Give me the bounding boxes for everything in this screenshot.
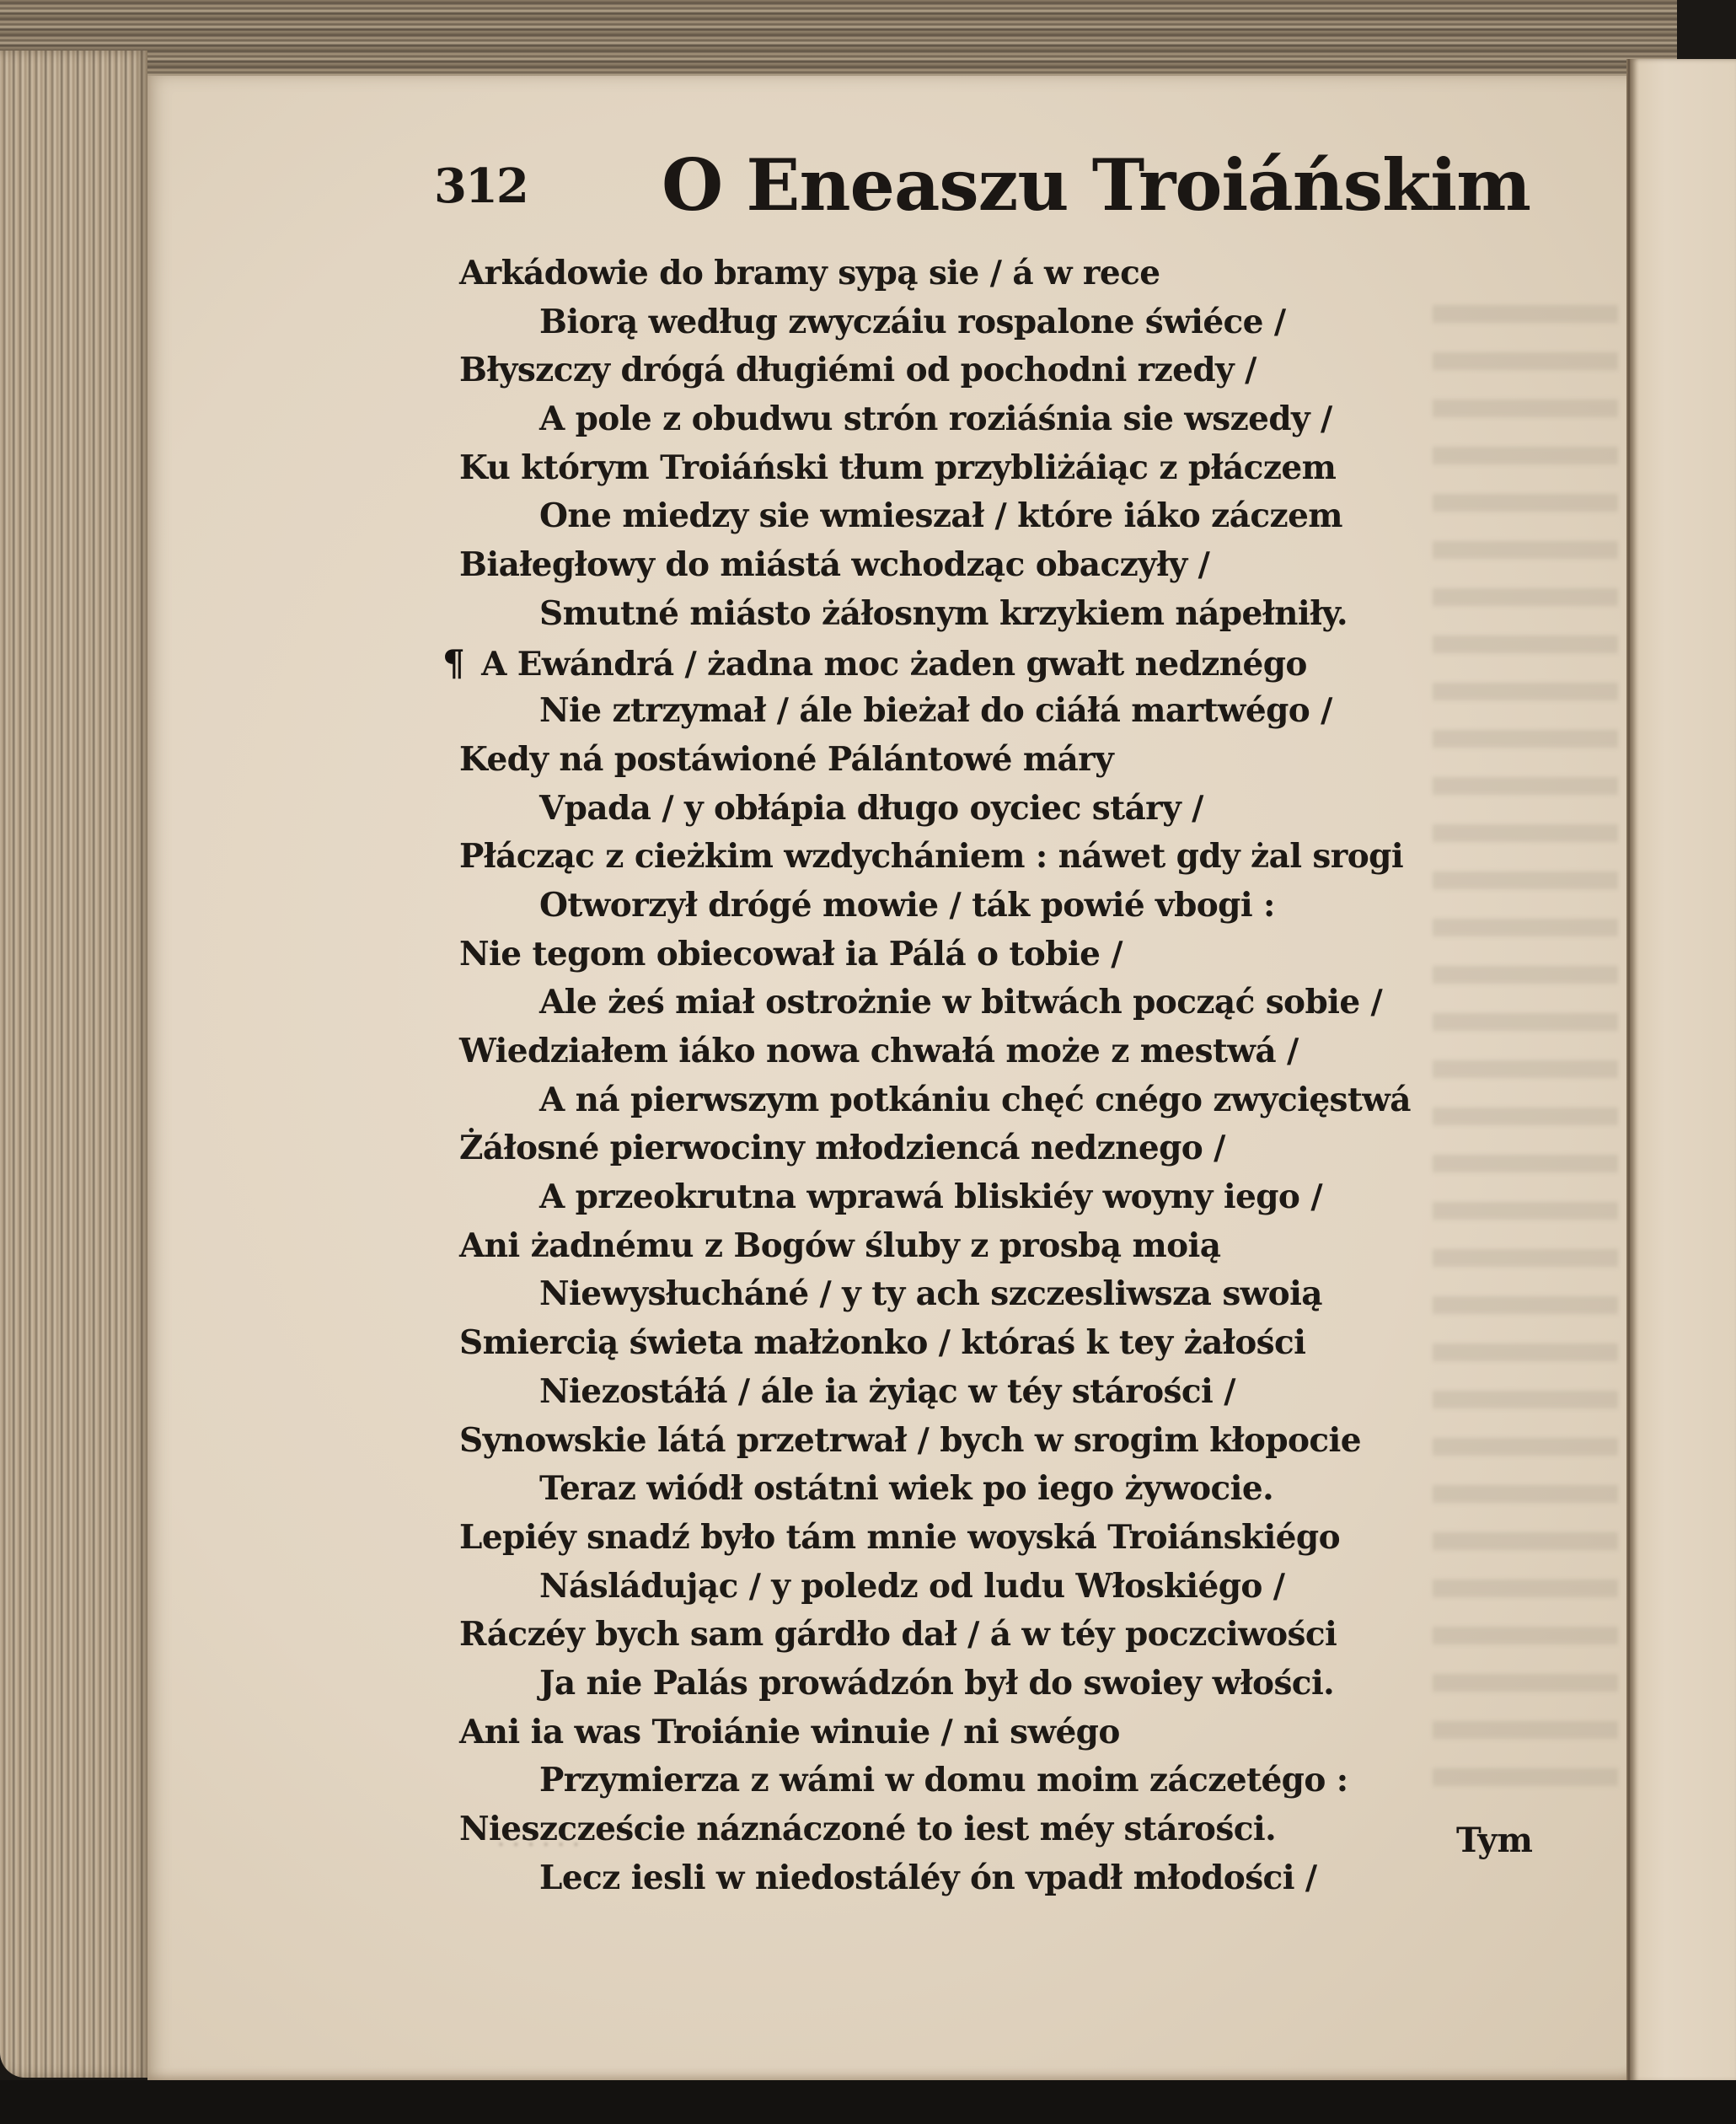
next-leaf-edge	[1631, 59, 1736, 2082]
verse-text: Ráczéy bych sam gárdło dał / á w téy poc…	[459, 1615, 1337, 1654]
verse-line: Płácząc z cieżkim wzdychániem : náwet gd…	[459, 833, 1428, 882]
verse-text: Przymierza z wámi w domu moim záczetégo …	[539, 1761, 1348, 1799]
verse-line: Otworzył drógé mowie / ták powié vbogi :	[459, 882, 1428, 931]
verse-line: Lecz iesli w niedostáléy ón vpadł młodoś…	[459, 1854, 1428, 1903]
verse-text: Vpada / y obłápia długo oyciec stáry /	[539, 789, 1203, 828]
verse-line: Ja nie Palás prowádzón był do swoiey wło…	[459, 1660, 1428, 1708]
book-photo: 312 O Eneaszu Troiáńskim Arkádowie do br…	[0, 0, 1736, 2124]
page-stack-fore-edge	[0, 51, 147, 2078]
verse-line: ¶A Ewándrá / żadna moc żaden gwałt nedzn…	[459, 639, 1428, 688]
page-header: 312 O Eneaszu Troiáńskim	[434, 143, 1403, 236]
page-stack-top-edge	[0, 0, 1677, 80]
faded-signature-mark: · · · · · ·	[497, 1831, 691, 1854]
background-surface	[0, 2080, 1736, 2124]
verse-line: Nie ztrzymał / ále bieżał do ciáłá martw…	[459, 687, 1428, 736]
verse-line: Ale żeś miał ostrożnie w bitwách począć …	[459, 979, 1428, 1027]
verse-text: Ja nie Palás prowádzón był do swoiey wło…	[539, 1664, 1334, 1703]
verse-text: Smiercią świeta małżonko / któraś k tey …	[459, 1323, 1305, 1362]
verse-line: Nie tegom obiecował ia Pálá o tobie /	[459, 931, 1428, 979]
verse-text: Niezostáłá / ále ia żyiąc w téy stárości…	[539, 1372, 1235, 1411]
verse-line: Vpada / y obłápia długo oyciec stáry /	[459, 785, 1428, 834]
verse-text-block: Arkádowie do bramy sypą sie / á w receBi…	[459, 249, 1428, 1902]
verse-text: Płácząc z cieżkim wzdychániem : náwet gd…	[459, 837, 1403, 876]
verse-text: Białegłowy do miástá wchodząc obaczyły /	[459, 545, 1209, 584]
verse-line: Przymierza z wámi w domu moim záczetégo …	[459, 1757, 1428, 1805]
verse-line: Żáłosné pierwociny młodziencá nedznego /	[459, 1124, 1428, 1173]
verse-text: A pole z obudwu strón roziáśnia sie wsze…	[539, 400, 1332, 438]
verse-text: Smutné miásto żáłosnym krzykiem nápełnił…	[539, 594, 1348, 633]
verse-line: Násládując / y poledz od ludu Włoskiégo …	[459, 1563, 1428, 1612]
verse-text: Synowskie látá przetrwał / bych w srogim…	[459, 1421, 1361, 1460]
verse-text: Arkádowie do bramy sypą sie / á w rece	[459, 254, 1160, 292]
verse-text: Ale żeś miał ostrożnie w bitwách począć …	[539, 983, 1382, 1022]
verse-text: Kedy ná postáwioné Pálántowé máry	[459, 740, 1113, 779]
verse-text: Nie ztrzymał / ále bieżał do ciáłá martw…	[539, 691, 1332, 730]
verse-line: A pole z obudwu strón roziáśnia sie wsze…	[459, 395, 1428, 444]
verse-text: Niewysłucháné / y ty ach szczesliwsza sw…	[539, 1274, 1322, 1313]
verse-line: Synowskie látá przetrwał / bych w srogim…	[459, 1417, 1428, 1466]
verse-text: Otworzył drógé mowie / ták powié vbogi :	[539, 886, 1275, 925]
verse-text: Nie tegom obiecował ia Pálá o tobie /	[459, 935, 1123, 973]
verse-text: Teraz wiódł ostátni wiek po iego żywocie…	[539, 1469, 1273, 1508]
verse-line: Biorą według zwyczáiu rospalone świéce /	[459, 298, 1428, 347]
verse-line: A przeokrutna wprawá bliskiéy woyny iego…	[459, 1173, 1428, 1222]
verse-line: Niezostáłá / ále ia żyiąc w téy stárości…	[459, 1368, 1428, 1417]
verse-line: Teraz wiódł ostátni wiek po iego żywocie…	[459, 1465, 1428, 1514]
verse-line: Smutné miásto żáłosnym krzykiem nápełnił…	[459, 590, 1428, 639]
catchword: Tym	[1456, 1821, 1533, 1860]
verse-line: Kedy ná postáwioné Pálántowé máry	[459, 736, 1428, 785]
verse-text: A przeokrutna wprawá bliskiéy woyny iego…	[539, 1177, 1322, 1216]
pilcrow-icon: ¶	[442, 639, 464, 688]
verse-line: A ná pierwszym potkániu chęć cnégo zwyci…	[459, 1076, 1428, 1125]
verse-line: One miedzy sie wmieszał / które iáko zác…	[459, 492, 1428, 541]
verse-line: Ani żadnému z Bogów śluby z prosbą moią	[459, 1222, 1428, 1271]
verse-text: Biorą według zwyczáiu rospalone świéce /	[539, 303, 1286, 341]
verse-line: Ku którym Troiáński tłum przybliżáiąc z …	[459, 444, 1428, 493]
verse-line: Niewysłucháné / y ty ach szczesliwsza sw…	[459, 1270, 1428, 1319]
verse-line: Białegłowy do miástá wchodząc obaczyły /	[459, 541, 1428, 590]
verse-text: A Ewándrá / żadna moc żaden gwałt nedzné…	[481, 645, 1307, 684]
verse-line: Smiercią świeta małżonko / któraś k tey …	[459, 1319, 1428, 1368]
verse-text: Wiedziałem iáko nowa chwałá może z mestw…	[459, 1032, 1299, 1070]
verse-text: Żáłosné pierwociny młodziencá nedznego /	[459, 1129, 1225, 1167]
verse-line: Wiedziałem iáko nowa chwałá może z mestw…	[459, 1027, 1428, 1076]
verse-line: Ani ia was Troiánie winuie / ni swégo	[459, 1708, 1428, 1757]
verse-text: Błyszczy drógá długiémi od pochodni rzed…	[459, 351, 1256, 389]
verse-line: Lepiéy snadź było tám mnie woyská Troián…	[459, 1514, 1428, 1563]
verse-line: Błyszczy drógá długiémi od pochodni rzed…	[459, 346, 1428, 395]
verse-text: One miedzy sie wmieszał / które iáko zác…	[539, 496, 1342, 535]
verse-text: A ná pierwszym potkániu chęć cnégo zwyci…	[539, 1081, 1411, 1119]
running-title: O Eneaszu Troiáńskim	[662, 143, 1530, 227]
verse-text: Ku którym Troiáński tłum przybliżáiąc z …	[459, 448, 1336, 487]
verse-text: Násládując / y poledz od ludu Włoskiégo …	[539, 1567, 1284, 1606]
verse-text: Lepiéy snadź było tám mnie woyská Troián…	[459, 1518, 1340, 1557]
verse-text: Ani żadnému z Bogów śluby z prosbą moią	[459, 1226, 1220, 1265]
verse-line: Arkádowie do bramy sypą sie / á w rece	[459, 249, 1428, 298]
ink-show-through	[1433, 278, 1618, 1795]
folio-number: 312	[434, 158, 528, 214]
verse-text: Ani ia was Troiánie winuie / ni swégo	[459, 1713, 1120, 1751]
verse-text: Lecz iesli w niedostáléy ón vpadł młodoś…	[539, 1858, 1317, 1897]
verse-line: Ráczéy bych sam gárdło dał / á w téy poc…	[459, 1611, 1428, 1660]
